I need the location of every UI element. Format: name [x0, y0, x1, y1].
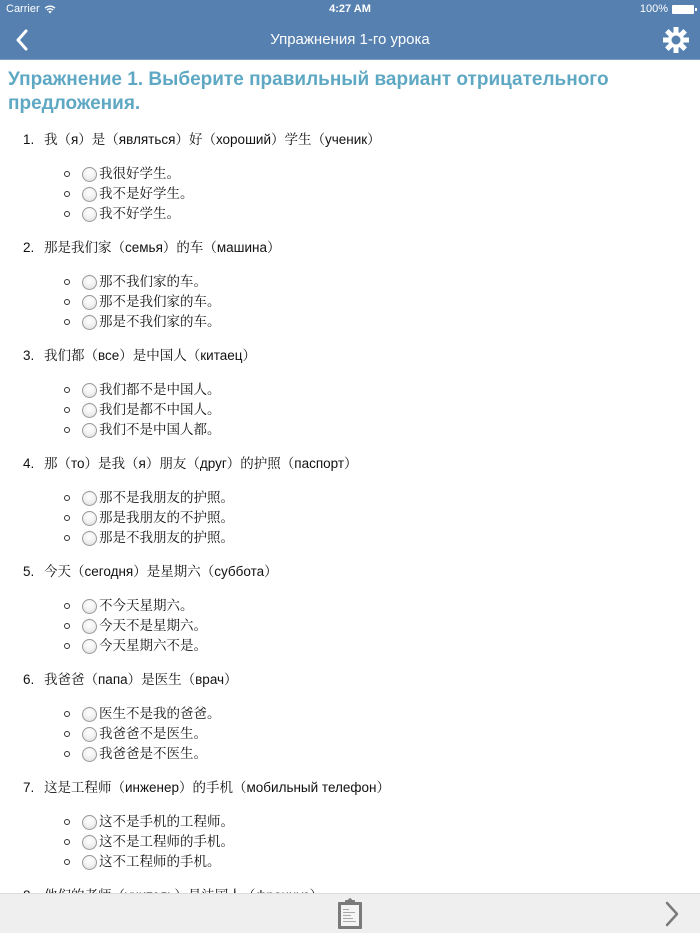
chevron-right-icon [662, 900, 682, 928]
option-label[interactable]: 这不是工程师的手机。 [99, 832, 234, 852]
option-item[interactable]: 医生不是我的爸爸。 [64, 704, 700, 724]
option-item[interactable]: 我不好学生。 [64, 204, 700, 224]
option-list: 那不是我朋友的护照。 那是我朋友的不护照。 那是不我朋友的护照。 [44, 488, 700, 548]
question-5: 5. 今天（сегодня）是星期六（суббота） 不今天星期六。 今天不是… [0, 562, 700, 656]
question-prompt: 我（я）是（являться）好（хороший）学生（ученик） [44, 132, 381, 147]
question-number: 5. [23, 562, 34, 582]
option-label[interactable]: 那不是我们家的车。 [99, 292, 221, 312]
option-label[interactable]: 那是不我们家的车。 [99, 312, 221, 332]
question-prompt: 我爸爸（папа）是医生（врач） [44, 672, 238, 687]
radio-button[interactable] [82, 855, 97, 870]
option-item[interactable]: 我们是都不中国人。 [64, 400, 700, 420]
question-8: 8. 他们的老师（учитель）是法国人（француз） [0, 886, 700, 893]
question-number: 8. [23, 886, 34, 893]
option-item[interactable]: 今天星期六不是。 [64, 636, 700, 656]
bullet-icon [64, 731, 70, 737]
bullet-icon [64, 839, 70, 845]
option-item[interactable]: 我爸爸是不医生。 [64, 744, 700, 764]
status-bar: Carrier 4:27 AM 100% [0, 0, 700, 20]
option-label[interactable]: 我们是都不中国人。 [99, 400, 221, 420]
exercise-title: Упражнение 1. Выберите правильный вариан… [0, 61, 700, 116]
bullet-icon [64, 171, 70, 177]
option-item[interactable]: 我很好学生。 [64, 164, 700, 184]
option-label[interactable]: 今天星期六不是。 [99, 636, 207, 656]
option-label[interactable]: 那不是我朋友的护照。 [99, 488, 234, 508]
question-number: 2. [23, 238, 34, 258]
bullet-icon [64, 515, 70, 521]
radio-button[interactable] [82, 423, 97, 438]
radio-button[interactable] [82, 207, 97, 222]
option-item[interactable]: 那不我们家的车。 [64, 272, 700, 292]
bullet-icon [64, 859, 70, 865]
bullet-icon [64, 819, 70, 825]
bullet-icon [64, 495, 70, 501]
option-label[interactable]: 我很好学生。 [99, 164, 180, 184]
option-label[interactable]: 这不是手机的工程师。 [99, 812, 234, 832]
bullet-icon [64, 535, 70, 541]
question-prompt: 那是我们家（семья）的车（машина） [44, 240, 281, 255]
bullet-icon [64, 643, 70, 649]
battery-percent: 100% [640, 3, 668, 15]
option-list: 这不是手机的工程师。 这不是工程师的手机。 这不工程师的手机。 [44, 812, 700, 872]
option-item[interactable]: 这不是工程师的手机。 [64, 832, 700, 852]
radio-button[interactable] [82, 315, 97, 330]
option-label[interactable]: 我爸爸不是医生。 [99, 724, 207, 744]
option-item[interactable]: 我爸爸不是医生。 [64, 724, 700, 744]
radio-button[interactable] [82, 727, 97, 742]
option-list: 那不我们家的车。 那不是我们家的车。 那是不我们家的车。 [44, 272, 700, 332]
gear-icon [662, 26, 690, 54]
question-prompt: 这是工程师（инженер）的手机（мобильный телефон） [44, 780, 390, 795]
option-label[interactable]: 这不工程师的手机。 [99, 852, 221, 872]
question-number: 1. [23, 130, 34, 150]
bullet-icon [64, 427, 70, 433]
radio-button[interactable] [82, 491, 97, 506]
question-3: 3. 我们都（все）是中国人（китаец） 我们都不是中国人。 我们是都不中… [0, 346, 700, 440]
option-label[interactable]: 我不是好学生。 [99, 184, 194, 204]
bullet-icon [64, 711, 70, 717]
question-number: 4. [23, 454, 34, 474]
option-item[interactable]: 那不是我朋友的护照。 [64, 488, 700, 508]
option-list: 我们都不是中国人。 我们是都不中国人。 我们不是中国人都。 [44, 380, 700, 440]
next-button[interactable] [662, 900, 682, 928]
page-title: Упражнения 1-го урока [0, 31, 700, 48]
radio-button[interactable] [82, 619, 97, 634]
radio-button[interactable] [82, 747, 97, 762]
option-label[interactable]: 不今天星期六。 [99, 596, 194, 616]
radio-button[interactable] [82, 403, 97, 418]
question-prompt: 今天（сегодня）是星期六（суббота） [44, 564, 278, 579]
radio-button[interactable] [82, 167, 97, 182]
top-bar: Carrier 4:27 AM 100% Упражнения 1-го уро… [0, 0, 700, 60]
radio-button[interactable] [82, 815, 97, 830]
bullet-icon [64, 191, 70, 197]
option-label[interactable]: 那不我们家的车。 [99, 272, 207, 292]
question-number: 6. [23, 670, 34, 690]
radio-button[interactable] [82, 383, 97, 398]
bullet-icon [64, 623, 70, 629]
option-item[interactable]: 这不工程师的手机。 [64, 852, 700, 872]
option-list: 医生不是我的爸爸。 我爸爸不是医生。 我爸爸是不医生。 [44, 704, 700, 764]
radio-button[interactable] [82, 707, 97, 722]
option-item[interactable]: 我们不是中国人都。 [64, 420, 700, 440]
radio-button[interactable] [82, 639, 97, 654]
check-answers-button[interactable] [336, 898, 364, 930]
option-label[interactable]: 今天不是星期六。 [99, 616, 207, 636]
question-4: 4. 那（то）是我（я）朋友（друг）的护照（паспорт） 那不是我朋友… [0, 454, 700, 548]
bullet-icon [64, 751, 70, 757]
option-item[interactable]: 不今天星期六。 [64, 596, 700, 616]
clock: 4:27 AM [0, 3, 700, 15]
question-prompt: 那（то）是我（я）朋友（друг）的护照（паспорт） [44, 456, 358, 471]
bullet-icon [64, 319, 70, 325]
option-label[interactable]: 医生不是我的爸爸。 [99, 704, 221, 724]
option-label[interactable]: 我们不是中国人都。 [99, 420, 221, 440]
question-7: 7. 这是工程师（инженер）的手机（мобильный телефон） … [0, 778, 700, 872]
option-item[interactable]: 今天不是星期六。 [64, 616, 700, 636]
bullet-icon [64, 387, 70, 393]
question-1: 1. 我（я）是（являться）好（хороший）学生（ученик） 我… [0, 130, 700, 224]
option-label[interactable]: 那是不我朋友的护照。 [99, 528, 234, 548]
option-item[interactable]: 这不是手机的工程师。 [64, 812, 700, 832]
bullet-icon [64, 279, 70, 285]
bottom-toolbar [0, 893, 700, 933]
battery-icon [672, 5, 694, 14]
option-label[interactable]: 我们都不是中国人。 [99, 380, 221, 400]
bullet-icon [64, 211, 70, 217]
option-label[interactable]: 我不好学生。 [99, 204, 180, 224]
radio-button[interactable] [82, 187, 97, 202]
radio-button[interactable] [82, 511, 97, 526]
option-item[interactable]: 我不是好学生。 [64, 184, 700, 204]
navigation-bar: Упражнения 1-го урока [0, 20, 700, 60]
bullet-icon [64, 299, 70, 305]
question-2: 2. 那是我们家（семья）的车（машина） 那不我们家的车。 那不是我们… [0, 238, 700, 332]
option-item[interactable]: 那是不我朋友的护照。 [64, 528, 700, 548]
question-number: 3. [23, 346, 34, 366]
option-list: 我很好学生。 我不是好学生。 我不好学生。 [44, 164, 700, 224]
option-item[interactable]: 我们都不是中国人。 [64, 380, 700, 400]
radio-button[interactable] [82, 835, 97, 850]
radio-button[interactable] [82, 599, 97, 614]
bullet-icon [64, 603, 70, 609]
question-prompt: 我们都（все）是中国人（китаец） [44, 348, 256, 363]
option-item[interactable]: 那是我朋友的不护照。 [64, 508, 700, 528]
question-list: 1. 我（я）是（являться）好（хороший）学生（ученик） 我… [0, 130, 700, 893]
bullet-icon [64, 407, 70, 413]
question-number: 7. [23, 778, 34, 798]
radio-button[interactable] [82, 295, 97, 310]
exercise-content[interactable]: Упражнение 1. Выберите правильный вариан… [0, 61, 700, 893]
option-label[interactable]: 我爸爸是不医生。 [99, 744, 207, 764]
option-list: 不今天星期六。 今天不是星期六。 今天星期六不是。 [44, 596, 700, 656]
option-label[interactable]: 那是我朋友的不护照。 [99, 508, 234, 528]
option-item[interactable]: 那不是我们家的车。 [64, 292, 700, 312]
radio-button[interactable] [82, 275, 97, 290]
clipboard-icon [336, 898, 364, 930]
battery-info: 100% [640, 3, 694, 15]
settings-button[interactable] [660, 24, 692, 56]
radio-button[interactable] [82, 531, 97, 546]
option-item[interactable]: 那是不我们家的车。 [64, 312, 700, 332]
question-6: 6. 我爸爸（папа）是医生（врач） 医生不是我的爸爸。 我爸爸不是医生。… [0, 670, 700, 764]
